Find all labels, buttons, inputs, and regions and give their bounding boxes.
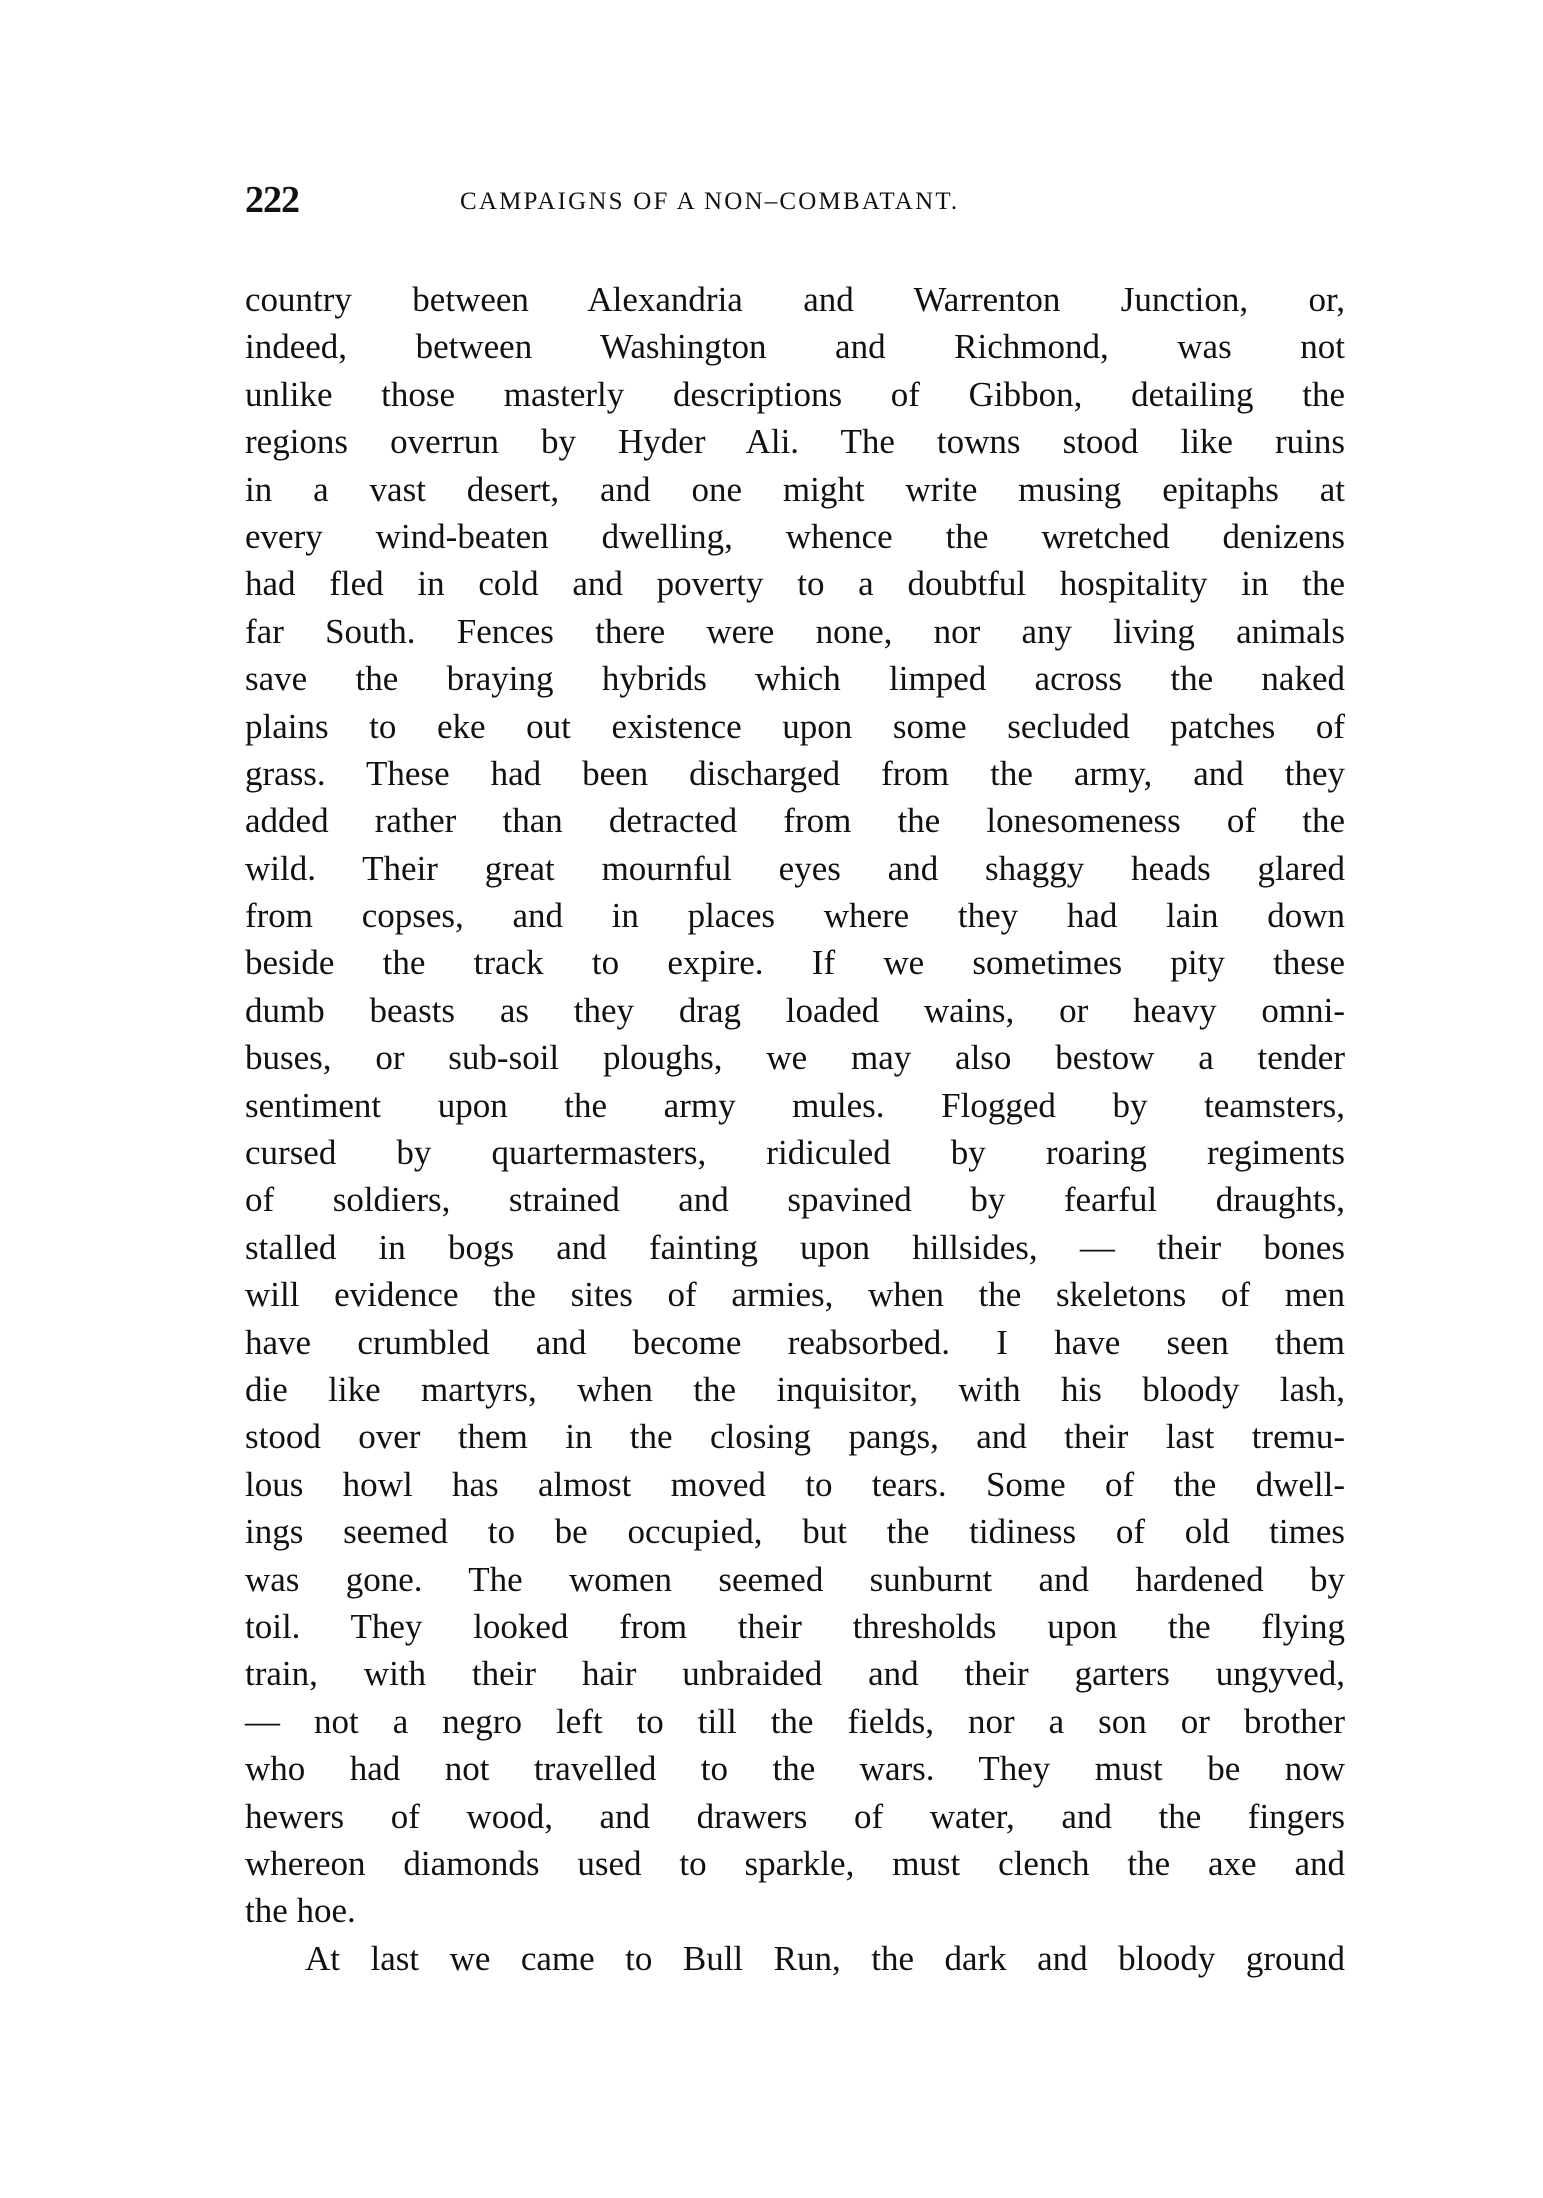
book-page: 222 CAMPAIGNS OF A NON–COMBATANT. countr… [0, 0, 1543, 2198]
text-line: grass. These had been discharged from th… [245, 750, 1345, 797]
text-line: train, with their hair unbraided and the… [245, 1650, 1345, 1697]
text-line: in a vast desert, and one might write mu… [245, 466, 1345, 513]
text-line: hewers of wood, and drawers of water, an… [245, 1793, 1345, 1840]
running-head-title: CAMPAIGNS OF A NON–COMBATANT. [460, 182, 959, 222]
text-line: added rather than detracted from the lon… [245, 797, 1345, 844]
text-line: the hoe. [245, 1887, 1345, 1934]
page-number: 222 [245, 178, 299, 222]
text-line: have crumbled and become reabsorbed. I h… [245, 1319, 1345, 1366]
text-line: will evidence the sites of armies, when … [245, 1271, 1345, 1318]
text-line: ings seemed to be occupied, but the tidi… [245, 1508, 1345, 1555]
body-text: country between Alexandria and Warrenton… [245, 276, 1345, 1982]
text-line: wild. Their great mournful eyes and shag… [245, 845, 1345, 892]
running-head: 222 CAMPAIGNS OF A NON–COMBATANT. [245, 178, 1345, 222]
text-line: plains to eke out existence upon some se… [245, 703, 1345, 750]
paragraph: country between Alexandria and Warrenton… [245, 276, 1345, 1935]
text-line: cursed by quartermasters, ridiculed by r… [245, 1129, 1345, 1176]
text-line: regions overrun by Hyder Ali. The towns … [245, 418, 1345, 465]
text-line: — not a negro left to till the fields, n… [245, 1698, 1345, 1745]
text-line: dumb beasts as they drag loaded wains, o… [245, 987, 1345, 1034]
text-line: had fled in cold and poverty to a doubtf… [245, 560, 1345, 607]
text-line: far South. Fences there were none, nor a… [245, 608, 1345, 655]
text-line: sentiment upon the army mules. Flogged b… [245, 1082, 1345, 1129]
text-line: stood over them in the closing pangs, an… [245, 1413, 1345, 1460]
text-line: indeed, between Washington and Richmond,… [245, 323, 1345, 370]
text-line: beside the track to expire. If we someti… [245, 939, 1345, 986]
text-line: buses, or sub-soil ploughs, we may also … [245, 1034, 1345, 1081]
text-line: whereon diamonds used to sparkle, must c… [245, 1840, 1345, 1887]
text-line: unlike those masterly descriptions of Gi… [245, 371, 1345, 418]
text-line: At last we came to Bull Run, the dark an… [245, 1935, 1345, 1982]
text-line: stalled in bogs and fainting upon hillsi… [245, 1224, 1345, 1271]
paragraph: At last we came to Bull Run, the dark an… [245, 1935, 1345, 1982]
text-line: lous howl has almost moved to tears. Som… [245, 1461, 1345, 1508]
text-line: die like martyrs, when the inquisitor, w… [245, 1366, 1345, 1413]
text-line: save the braying hybrids which limped ac… [245, 655, 1345, 702]
text-line: was gone. The women seemed sunburnt and … [245, 1556, 1345, 1603]
text-line: country between Alexandria and Warrenton… [245, 276, 1345, 323]
text-line: toil. They looked from their thresholds … [245, 1603, 1345, 1650]
text-line: every wind-beaten dwelling, whence the w… [245, 513, 1345, 560]
text-line: who had not travelled to the wars. They … [245, 1745, 1345, 1792]
text-line: of soldiers, strained and spavined by fe… [245, 1176, 1345, 1223]
text-line: from copses, and in places where they ha… [245, 892, 1345, 939]
